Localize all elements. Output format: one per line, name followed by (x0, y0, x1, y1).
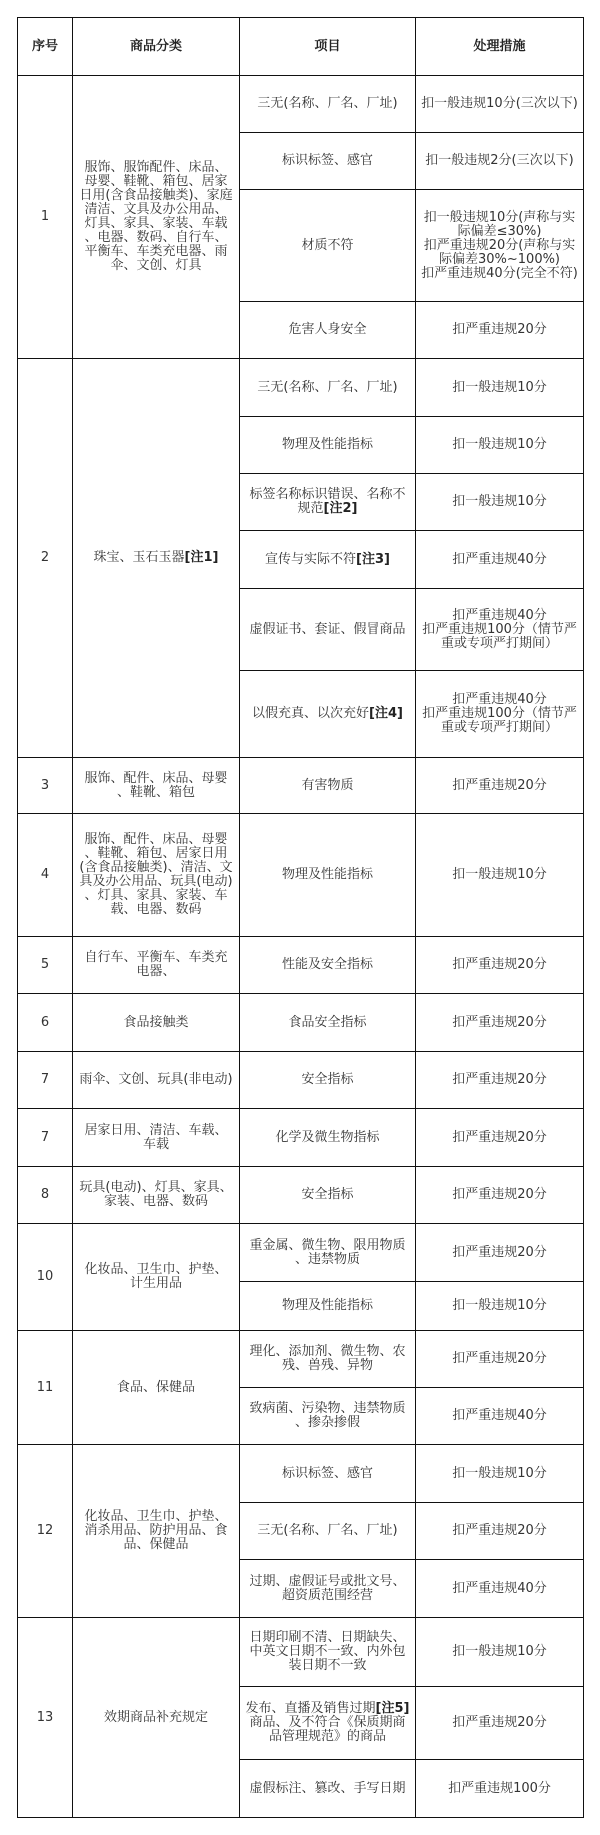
penalty-cell: 扣一般违规10分 (416, 1445, 584, 1503)
item-cell: 物理及性能指标 (240, 417, 416, 474)
header-item: 项目 (240, 18, 416, 76)
penalty-cell: 扣严重违规40分 (416, 1560, 584, 1618)
note-ref: [注2] (324, 501, 358, 516)
note-ref: [注3] (356, 552, 390, 567)
penalty-cell: 扣一般违规10分 (416, 359, 584, 417)
penalty-cell: 扣一般违规10分 (416, 417, 584, 474)
item-cell: 三无(名称、厂名、厂址) (240, 359, 416, 417)
item-cell: 过期、虚假证号或批文号、 超资质范围经营 (240, 1560, 416, 1618)
category-cell: 居家日用、清洁、车载、 车载 (73, 1109, 240, 1167)
item-cell: 有害物质 (240, 758, 416, 814)
penalty-table: 序号 商品分类 项目 处理措施 1 服饰、服饰配件、床品、 母婴、鞋靴、箱包、居… (17, 17, 584, 1818)
item-cell: 日期印刷不清、日期缺失、 中英文日期不一致、内外包 装日期不一致 (240, 1618, 416, 1687)
penalty-cell: 扣一般违规10分 (416, 814, 584, 937)
seq-cell: 2 (18, 359, 73, 758)
seq-cell: 6 (18, 994, 73, 1052)
category-cell: 玩具(电动)、灯具、家具、 家装、电器、数码 (73, 1167, 240, 1224)
penalty-cell: 扣严重违规40分 (416, 1388, 584, 1445)
table-row: 1 服饰、服饰配件、床品、 母婴、鞋靴、箱包、居家 日用(含食品接触类)、家庭 … (18, 76, 584, 133)
item-cell: 安全指标 (240, 1052, 416, 1109)
item-cell: 三无(名称、厂名、厂址) (240, 1503, 416, 1560)
item-cell: 性能及安全指标 (240, 937, 416, 994)
header-seq: 序号 (18, 18, 73, 76)
item-cell: 虚假证书、套证、假冒商品 (240, 589, 416, 671)
seq-cell: 11 (18, 1331, 73, 1445)
seq-cell: 7 (18, 1109, 73, 1167)
table-row: 7 雨伞、文创、玩具(非电动) 安全指标 扣严重违规20分 (18, 1052, 584, 1109)
item-cell: 宣传与实际不符[注3] (240, 531, 416, 589)
header-penalty: 处理措施 (416, 18, 584, 76)
penalty-cell: 扣严重违规20分 (416, 758, 584, 814)
category-cell: 化妆品、卫生巾、护垫、 消杀用品、防护用品、食 品、保健品 (73, 1445, 240, 1618)
note-ref: [注4] (369, 706, 403, 721)
seq-cell: 5 (18, 937, 73, 994)
item-text: 发布、直播及销售过期 (246, 1701, 376, 1716)
seq-cell: 4 (18, 814, 73, 937)
item-text: 以假充真、以次充好 (252, 706, 369, 721)
item-cell: 标识标签、感官 (240, 1445, 416, 1503)
category-cell: 效期商品补充规定 (73, 1618, 240, 1818)
seq-cell: 13 (18, 1618, 73, 1818)
penalty-cell: 扣严重违规20分 (416, 1503, 584, 1560)
seq-cell: 8 (18, 1167, 73, 1224)
penalty-cell: 扣严重违规40分 (416, 531, 584, 589)
penalty-cell: 扣一般违规10分 (416, 1618, 584, 1687)
table-row: 10 化妆品、卫生巾、护垫、 计生用品 重金属、微生物、限用物质 、违禁物质 扣… (18, 1224, 584, 1282)
item-cell: 危害人身安全 (240, 302, 416, 359)
penalty-cell: 扣严重违规20分 (416, 1052, 584, 1109)
category-cell: 食品接触类 (73, 994, 240, 1052)
penalty-cell: 扣严重违规20分 (416, 1167, 584, 1224)
penalty-cell: 扣一般违规10分 (416, 1282, 584, 1331)
penalty-cell: 扣严重违规20分 (416, 1331, 584, 1388)
penalty-cell: 扣一般违规10分(三次以下) (416, 76, 584, 133)
category-cell: 自行车、平衡车、车类充 电器、 (73, 937, 240, 994)
penalty-cell: 扣严重违规100分 (416, 1760, 584, 1818)
category-cell: 服饰、配件、床品、母婴 、鞋靴、箱包 (73, 758, 240, 814)
item-cell: 食品安全指标 (240, 994, 416, 1052)
penalty-cell: 扣严重违规40分 扣严重违规100分（情节严 重或专项严打期间） (416, 589, 584, 671)
table-row: 3 服饰、配件、床品、母婴 、鞋靴、箱包 有害物质 扣严重违规20分 (18, 758, 584, 814)
penalty-cell: 扣一般违规2分(三次以下) (416, 133, 584, 190)
item-cell: 标识标签、感官 (240, 133, 416, 190)
category-cell: 雨伞、文创、玩具(非电动) (73, 1052, 240, 1109)
penalty-cell: 扣严重违规20分 (416, 302, 584, 359)
item-cell: 物理及性能指标 (240, 814, 416, 937)
item-cell: 安全指标 (240, 1167, 416, 1224)
category-cell: 化妆品、卫生巾、护垫、 计生用品 (73, 1224, 240, 1331)
table-row: 12 化妆品、卫生巾、护垫、 消杀用品、防护用品、食 品、保健品 标识标签、感官… (18, 1445, 584, 1503)
seq-cell: 10 (18, 1224, 73, 1331)
table-row: 7 居家日用、清洁、车载、 车载 化学及微生物指标 扣严重违规20分 (18, 1109, 584, 1167)
item-cell: 发布、直播及销售过期[注5] 商品、及不符合《保质期商 品管理规范》的商品 (240, 1687, 416, 1760)
table-row: 11 食品、保健品 理化、添加剂、微生物、农 残、兽残、异物 扣严重违规20分 (18, 1331, 584, 1388)
penalty-cell: 扣严重违规20分 (416, 1687, 584, 1760)
table-row: 4 服饰、配件、床品、母婴 、鞋靴、箱包、居家日用 (含食品接触类)、清洁、文 … (18, 814, 584, 937)
note-ref: [注1] (185, 550, 219, 565)
table-row: 5 自行车、平衡车、车类充 电器、 性能及安全指标 扣严重违规20分 (18, 937, 584, 994)
note-ref: [注5] (376, 1701, 410, 1716)
table-row: 8 玩具(电动)、灯具、家具、 家装、电器、数码 安全指标 扣严重违规20分 (18, 1167, 584, 1224)
item-cell: 三无(名称、厂名、厂址) (240, 76, 416, 133)
category-cell: 珠宝、玉石玉器[注1] (73, 359, 240, 758)
penalty-cell: 扣严重违规40分 扣严重违规100分（情节严 重或专项严打期间） (416, 671, 584, 758)
category-cell: 食品、保健品 (73, 1331, 240, 1445)
item-cell: 化学及微生物指标 (240, 1109, 416, 1167)
item-cell: 重金属、微生物、限用物质 、违禁物质 (240, 1224, 416, 1282)
seq-cell: 7 (18, 1052, 73, 1109)
penalty-cell: 扣一般违规10分 (416, 474, 584, 531)
item-cell: 物理及性能指标 (240, 1282, 416, 1331)
item-cell: 致病菌、污染物、违禁物质 、掺杂掺假 (240, 1388, 416, 1445)
table-header-row: 序号 商品分类 项目 处理措施 (18, 18, 584, 76)
category-cell: 服饰、服饰配件、床品、 母婴、鞋靴、箱包、居家 日用(含食品接触类)、家庭 清洁… (73, 76, 240, 359)
seq-cell: 12 (18, 1445, 73, 1618)
item-text-continued: 商品、及不符合《保质期商 品管理规范》的商品 (249, 1715, 405, 1744)
seq-cell: 1 (18, 76, 73, 359)
penalty-cell: 扣一般违规10分(声称与实 际偏差≤30%) 扣严重违规20分(声称与实 际偏差… (416, 190, 584, 302)
table-row: 2 珠宝、玉石玉器[注1] 三无(名称、厂名、厂址) 扣一般违规10分 (18, 359, 584, 417)
table-row: 6 食品接触类 食品安全指标 扣严重违规20分 (18, 994, 584, 1052)
item-cell: 理化、添加剂、微生物、农 残、兽残、异物 (240, 1331, 416, 1388)
penalty-cell: 扣严重违规20分 (416, 1109, 584, 1167)
item-cell: 材质不符 (240, 190, 416, 302)
penalty-cell: 扣严重违规20分 (416, 994, 584, 1052)
header-category: 商品分类 (73, 18, 240, 76)
item-cell: 以假充真、以次充好[注4] (240, 671, 416, 758)
penalty-cell: 扣严重违规20分 (416, 937, 584, 994)
item-cell: 标签名称标识错误、名称不 规范[注2] (240, 474, 416, 531)
seq-cell: 3 (18, 758, 73, 814)
item-text: 宣传与实际不符 (265, 552, 356, 567)
category-cell: 服饰、配件、床品、母婴 、鞋靴、箱包、居家日用 (含食品接触类)、清洁、文 具及… (73, 814, 240, 937)
category-text: 珠宝、玉石玉器 (94, 550, 185, 565)
item-cell: 虚假标注、篡改、手写日期 (240, 1760, 416, 1818)
table-row: 13 效期商品补充规定 日期印刷不清、日期缺失、 中英文日期不一致、内外包 装日… (18, 1618, 584, 1687)
penalty-cell: 扣严重违规20分 (416, 1224, 584, 1282)
